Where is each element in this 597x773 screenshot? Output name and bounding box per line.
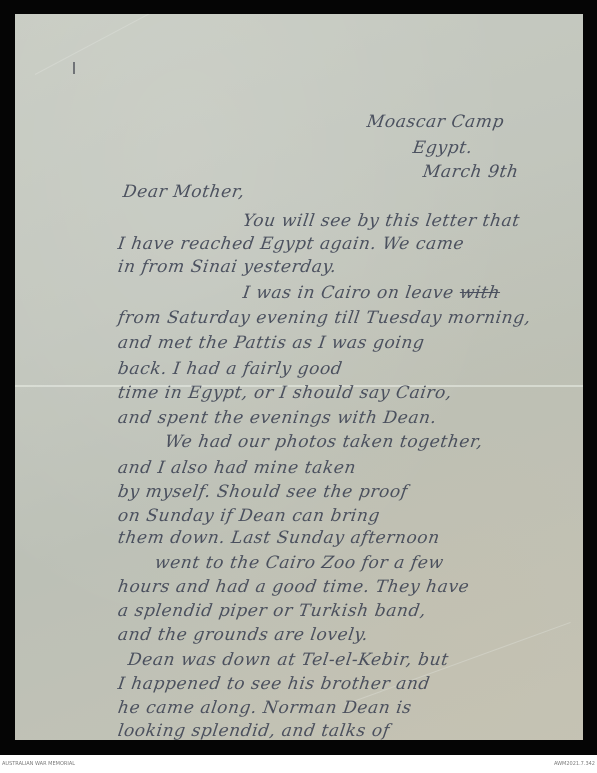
letter-line-text: I was in Cairo on leave <box>242 283 456 303</box>
letter-line: and I also had mine taken <box>117 458 358 478</box>
letter-line: We had our photos taken together, <box>164 432 485 452</box>
accession-number: AWM2021.7.342 <box>554 761 595 767</box>
letter-line: I happened to see his brother and <box>117 674 432 694</box>
letter-line: on Sunday if Dean can bring <box>117 506 382 526</box>
letter-line: by myself. Should see the proof <box>117 482 410 502</box>
document-viewer: Moascar Camp Egypt. March 9th Dear Mothe… <box>0 0 597 773</box>
letter-line: a splendid piper or Turkish band, <box>117 601 428 621</box>
letter-line: back. I had a fairly good <box>117 359 344 379</box>
salutation: Dear Mother, <box>122 182 247 202</box>
letter-page: Moascar Camp Egypt. March 9th Dear Mothe… <box>15 14 583 740</box>
letter-line: looking splendid, and talks of <box>117 721 391 740</box>
heading-place-line2: Egypt. <box>412 138 474 158</box>
letter-line: went to the Cairo Zoo for a few <box>154 553 445 573</box>
struck-word: with <box>458 283 501 303</box>
pencil-mark <box>73 62 75 74</box>
letter-line: time in Egypt, or I should say Cairo, <box>117 383 454 403</box>
letter-line: You will see by this letter that <box>242 211 522 231</box>
letter-line: I was in Cairo on leave with <box>242 283 502 303</box>
letter-line: he came along. Norman Dean is <box>117 698 413 718</box>
heading-date: March 9th <box>422 162 520 182</box>
letter-line: and the grounds are lovely. <box>117 625 370 645</box>
letter-line: hours and had a good time. They have <box>117 577 471 597</box>
paper-crease <box>35 14 177 75</box>
letter-line: them down. Last Sunday afternoon <box>117 528 442 548</box>
footer-bar: AUSTRALIAN WAR MEMORIAL AWM2021.7.342 <box>0 755 597 773</box>
letter-line: and spent the evenings with Dean. <box>117 408 438 428</box>
heading-place-line1: Moascar Camp <box>366 112 506 132</box>
letter-line: from Saturday evening till Tuesday morni… <box>117 308 533 328</box>
letter-line: and met the Pattis as I was going <box>117 333 426 353</box>
letter-line: in from Sinai yesterday. <box>117 257 338 277</box>
letter-line: Dean was down at Tel-el-Kebir, but <box>127 650 450 670</box>
scan-frame: Moascar Camp Egypt. March 9th Dear Mothe… <box>0 0 597 755</box>
institution-credit: AUSTRALIAN WAR MEMORIAL <box>2 761 75 767</box>
letter-line: I have reached Egypt again. We came <box>117 234 466 254</box>
